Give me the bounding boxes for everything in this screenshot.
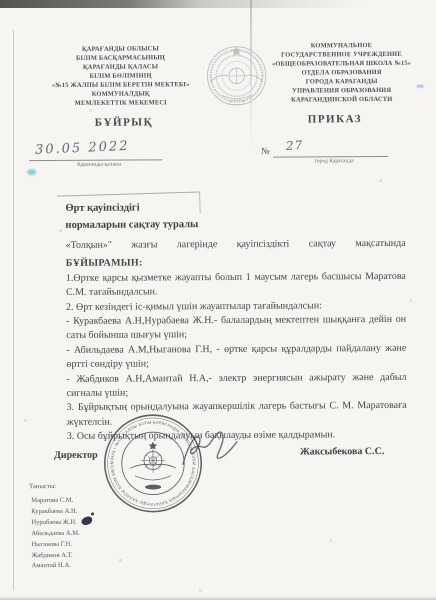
acknowledged-name: Жабдиков А.Т. [32,550,80,561]
order-item: - Абильдаева А.М,Ныганова Г.Н, - өртке қ… [66,342,406,373]
acknowledged-name: Абильдаева А.М. [31,529,79,540]
star-glyph [232,46,242,55]
blue-scuff-mark [417,85,424,88]
acknowledged-label: Танысты: [29,483,56,490]
title-line-2: нормаларын сақтау туралы [65,217,198,234]
order-item: 1.Өртке қарсы қызметке жауапты болып 1 м… [66,270,406,301]
signer-role: Директор [54,450,98,461]
document-content: ҚАРАҒАНДЫ ОБЛЫСЫ БІЛІМ БАСҚАРМАСЫНЫҢ ҚАР… [0,0,436,600]
org-line: КАРАГАНДИНСКОЙ ОБЛАСТИ [257,95,427,105]
title-line-1: Өрт қауіпсіздігі [65,200,198,217]
org-name-kazakh: ҚАРАҒАНДЫ ОБЛЫСЫ БІЛІМ БАСҚАРМАСЫНЫҢ ҚАР… [46,44,194,108]
number-sign: № [261,146,270,156]
signer-name: Жаксыбекова С.С. [300,446,385,458]
acknowledged-name: Ныганова Г.Н. [31,539,79,550]
acknowledged-name: Нуробаева Ж.Н. [31,518,79,529]
handwritten-order-number: 27 [286,138,304,153]
ink-blot-artifact [81,516,93,526]
org-name-russian: КОММУНАЛЬНОЕ ГОСУДАРСТВЕННОЕ УЧРЕЖДЕНИЕ … [256,41,426,105]
org-line: «№15 ЖАЛПЫ БІЛІМ БЕРЕТІН МЕКТЕБІ» [47,80,195,90]
teal-ink-mark [27,169,36,175]
scanned-order-document: ҚАРАҒАНДЫ ОБЛЫСЫ БІЛІМ БАСҚАРМАСЫНЫҢ ҚАР… [0,0,436,600]
document-title: Өрт қауіпсіздігі нормаларын сақтау турал… [65,200,198,234]
place-caption-russian: город Караганда [294,158,374,164]
acknowledged-name: Куракбаева А.Н. [31,507,79,518]
acknowledged-names-list: Маратова С.М. Куракбаева А.Н. Нуробаева … [31,496,80,573]
acknowledged-name: Маратова С.М. [31,496,79,507]
stamp-banner [145,485,161,490]
acknowledged-name: Амантай Н.А. [32,561,80,572]
place-caption-kazakh: Қарағанды қаласы [54,161,144,168]
order-label-kazakh: БҰЙРЫҚ [74,116,174,129]
org-line: МЕМЛЕКЕТТІК МЕКЕМЕСІ [47,98,195,108]
order-label-russian: ПРИКАЗ [287,113,383,126]
official-round-stamp: ҚАРАҒАНДЫ ОБЛЫСЫ БІЛІМ БАСҚАРМАСЫНЫҢ ҚАР… [101,411,206,516]
order-item: - Куракбаева А.Н,Нурабаева Ж.Н.- балалар… [66,313,406,344]
order-item: - Жабдиков А.Н,Амантай Н.А,- электр энер… [66,371,406,402]
intro-paragraph: «Толқын»" жазғы лагерінде қауіпсіздікті … [66,237,406,253]
